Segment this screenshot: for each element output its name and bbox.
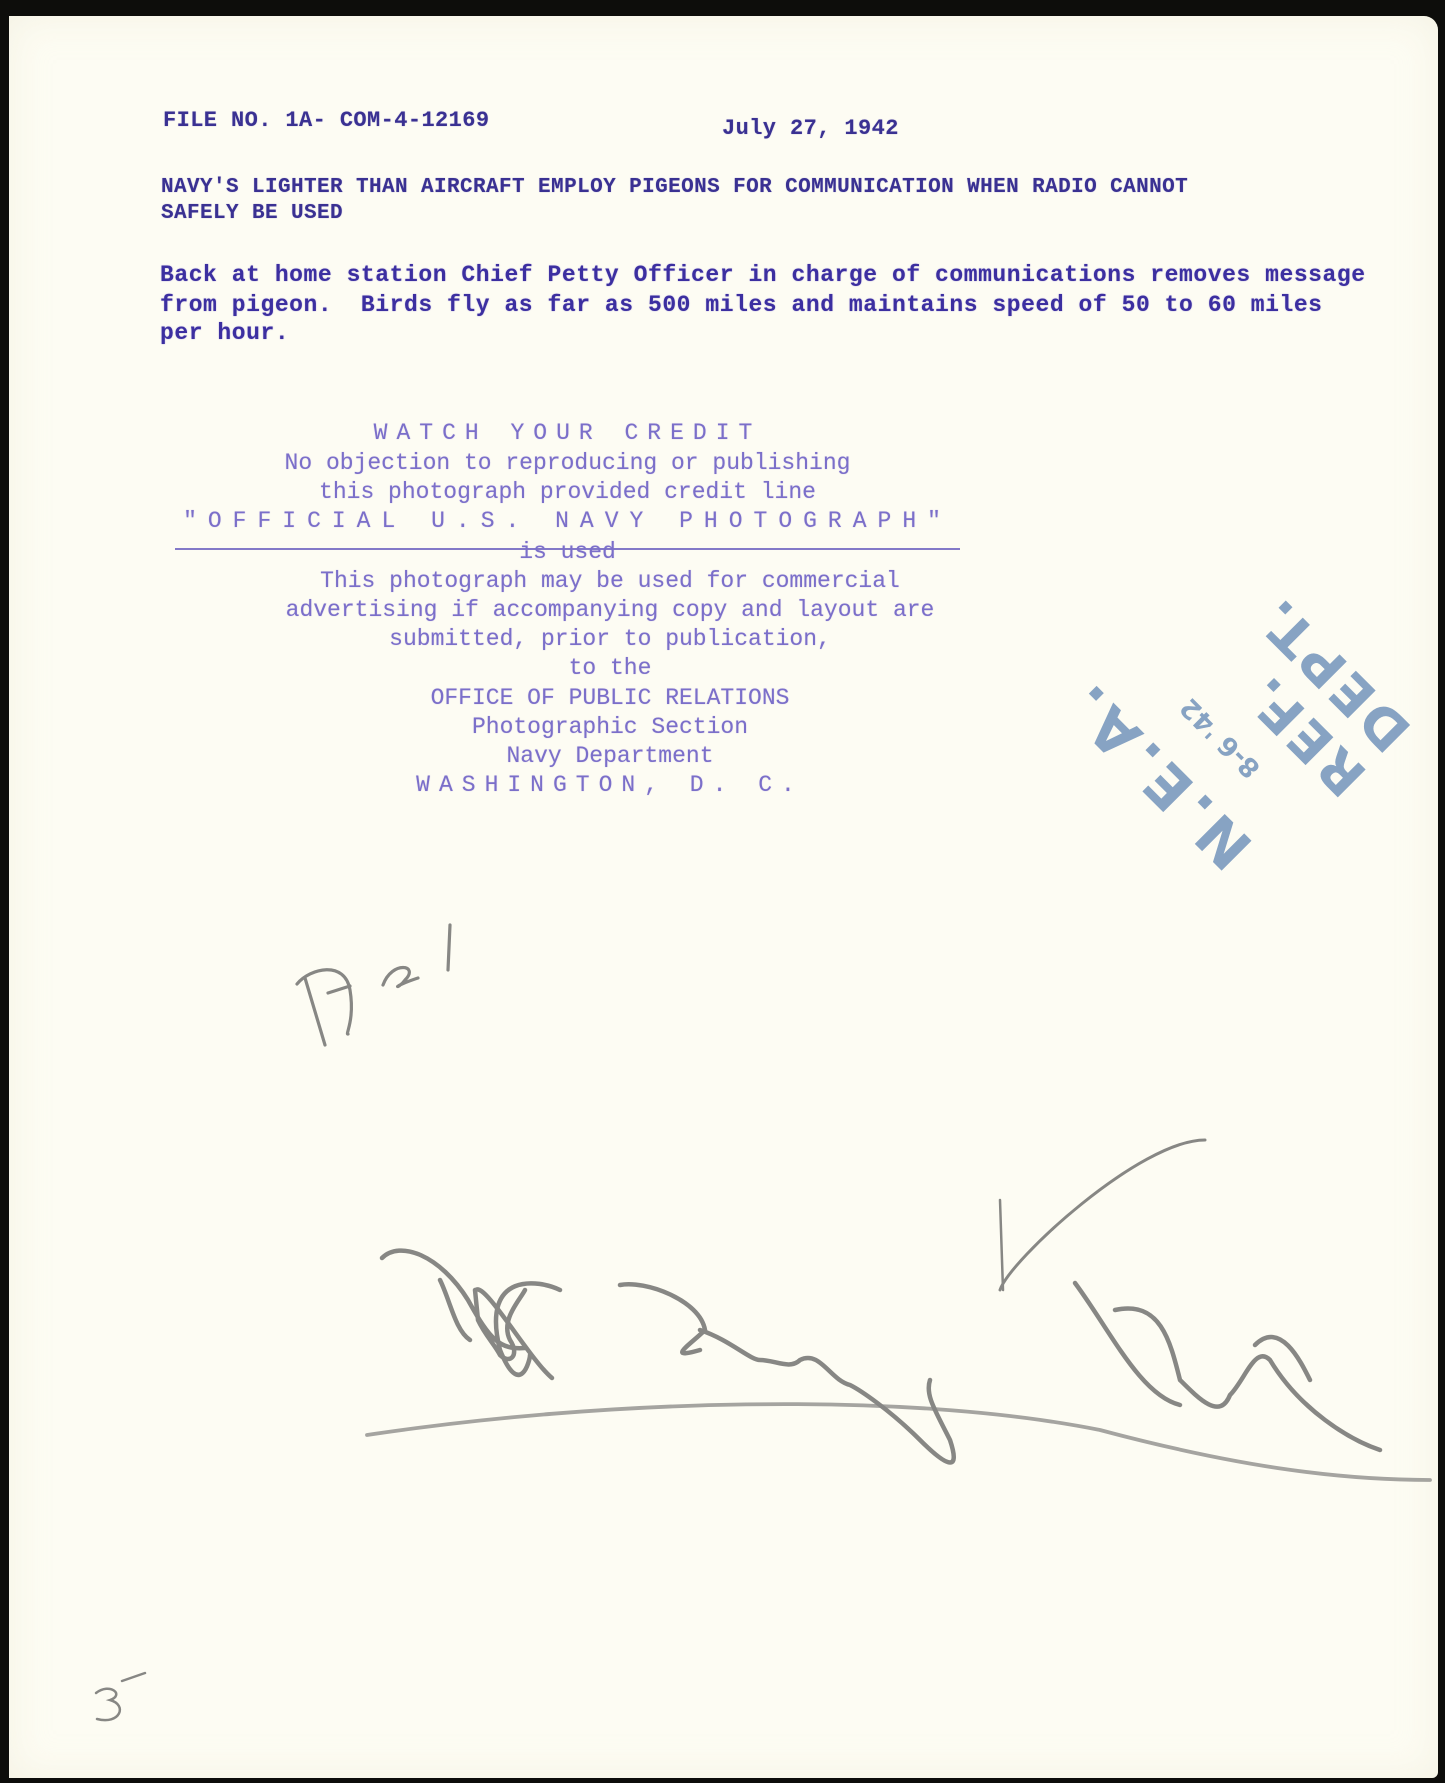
pencil-annotations xyxy=(0,0,1445,1783)
handwritten-code-text: A21 xyxy=(300,1050,302,1051)
handwritten-page-mark-text: 3- xyxy=(95,1700,96,1701)
handwritten-underline xyxy=(367,1404,1430,1480)
handwritten-page-mark xyxy=(96,1673,145,1720)
handwritten-code-a21 xyxy=(297,925,450,1045)
handwritten-caption-text: U S Army Pigeon xyxy=(400,1360,409,1361)
